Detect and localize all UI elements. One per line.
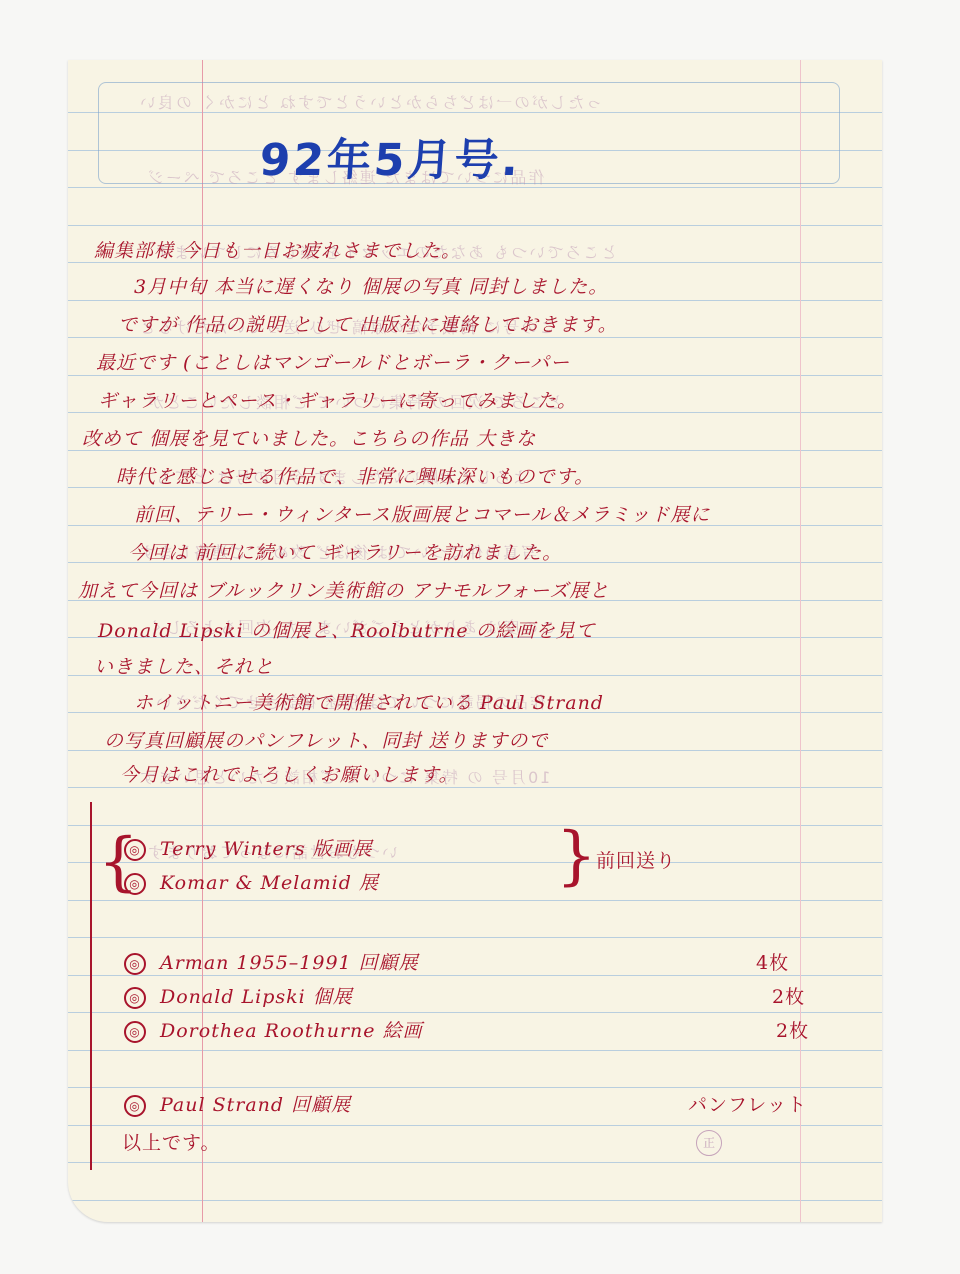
handwritten-line: 加えて今回は ブルックリン美術館の アナモルフォーズ展と: [78, 576, 609, 603]
list-bracket-line: [90, 802, 92, 1170]
handwritten-line: の写真回顧展のパンフレット、同封 送りますので: [104, 726, 548, 753]
double-circle-icon: ◎: [124, 839, 146, 861]
handwritten-line: いきました、それと: [94, 652, 274, 679]
rule-line: [68, 1012, 882, 1013]
handwritten-line: ですが 作品の説明 として 出版社に連絡しておきます。: [118, 310, 618, 337]
handwritten-line: 3月中旬 本当に遅くなり 個展の写真 同封しました。: [134, 272, 608, 299]
right-margin-line: [800, 60, 801, 1222]
right-brace: }: [556, 824, 597, 888]
double-circle-icon: ◎: [124, 1021, 146, 1043]
rule-line: [68, 937, 882, 938]
notebook-paper: ったしがの一はどちらかというとですね とにかく の良い作品についてはまた 連絡し…: [68, 60, 882, 1222]
circled-stamp-icon: 正: [696, 1130, 722, 1156]
rule-line: [68, 900, 882, 901]
item-count: パンフレット: [688, 1090, 807, 1117]
list-item: ◎Arman 1955–1991 回顧展: [124, 948, 419, 975]
double-circle-icon: ◎: [124, 1095, 146, 1117]
handwritten-line: 編集部様 今日も一日お疲れさまでした。: [94, 236, 461, 263]
handwritten-line: ギャラリーとペース・ギャラリーに寄ってみました。: [98, 386, 577, 413]
group1-note: 前回送り: [596, 846, 676, 873]
handwritten-line: 最近です (ことしはマンゴールドとボーラ・クーパー: [96, 348, 570, 375]
handwritten-line: 時代を感じさせる作品で、非常に興味深いものです。: [116, 462, 594, 489]
handwritten-line: 前回、テリー・ウィンタース版画展とコマール＆メラミッド展に: [134, 500, 710, 527]
handwritten-line: ホイットニー美術館で開催されている Paul Strand: [134, 688, 604, 715]
rule-line: [68, 1162, 882, 1163]
handwritten-line: 今月はこれでよろしくお願いします。: [120, 760, 458, 787]
list-item: ◎Terry Winters 版画展: [124, 834, 373, 861]
ghost-line: ったしがの一はどちらかというとですね とにかく の良い: [138, 90, 602, 113]
rule-line: [68, 825, 882, 826]
double-circle-icon: ◎: [124, 953, 146, 975]
item-count: 2枚: [776, 1016, 809, 1043]
issue-title: 92年5月号.: [258, 124, 524, 188]
rule-line: [68, 1087, 882, 1088]
rule-line: [68, 225, 882, 226]
item-count: 4枚: [756, 948, 789, 975]
double-circle-icon: ◎: [124, 987, 146, 1009]
rule-line: [68, 1200, 882, 1201]
rule-line: [68, 1125, 882, 1126]
rule-line: [68, 1050, 882, 1051]
closing-text: 以上です。: [122, 1128, 220, 1155]
double-circle-icon: ◎: [124, 873, 146, 895]
list-item: ◎Paul Strand 回顧展: [124, 1090, 351, 1117]
handwritten-line: 改めて 個展を見ていました。こちらの作品 大きな: [82, 424, 536, 451]
handwritten-line: Donald Lipski の個展と、Roolbutrne の絵画を見て: [98, 616, 596, 643]
list-item: ◎Komar & Melamid 展: [124, 868, 379, 895]
rule-line: [68, 300, 882, 301]
handwritten-line: 今回は 前回に続いて ギャラリーを訪れました。: [128, 538, 562, 565]
list-item: ◎Dorothea Roothurne 絵画: [124, 1016, 423, 1043]
list-item: ◎Donald Lipski 個展: [124, 982, 353, 1009]
item-count: 2枚: [772, 982, 805, 1009]
